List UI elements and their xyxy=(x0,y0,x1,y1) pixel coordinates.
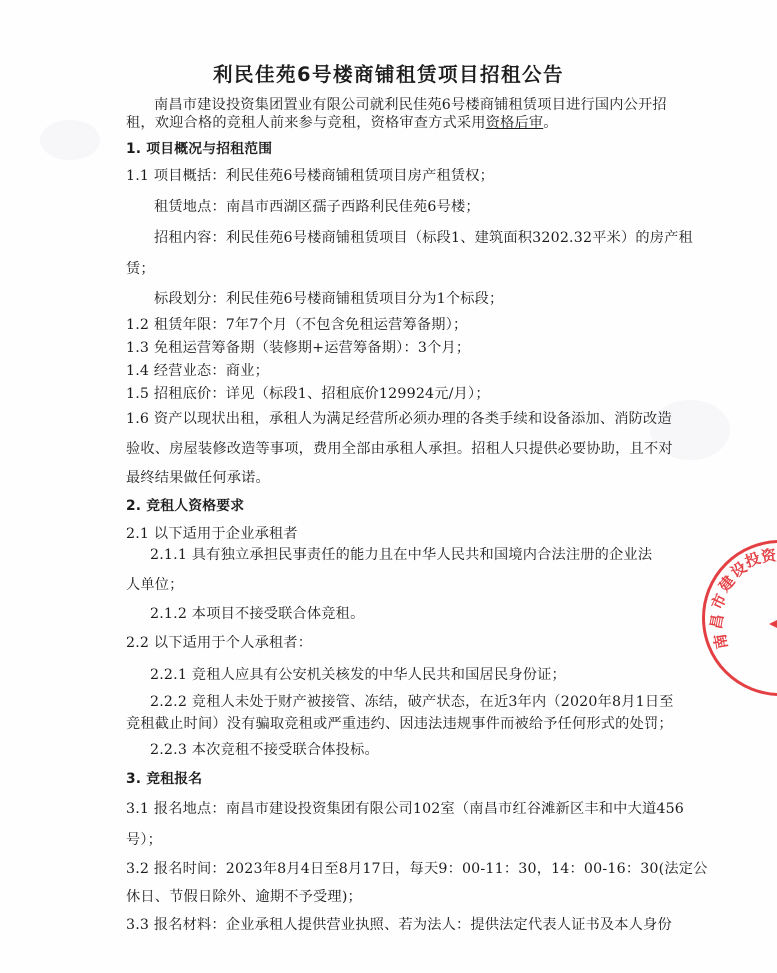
item-3-2-line-1: 3.2 报名时间：2023年8月4日至8月17日，每天9：00-11：30，14… xyxy=(126,860,708,878)
seal-char: 资 xyxy=(760,544,777,567)
item-1-2: 1.2 租赁年限：7年7个月（不包含免租运营筹备期）； xyxy=(126,316,467,334)
intro-line-2: 租，欢迎合格的竞租人前来参与竞租，资格审查方式采用资格后审。 xyxy=(126,114,558,132)
intro-text: 租，欢迎合格的竞租人前来参与竞租，资格审查方式采用 xyxy=(126,115,486,131)
item-2-2-3: 2.2.3 本次竞租不接受联合体投标。 xyxy=(150,741,379,759)
lot-division: 标段划分：利民佳苑6号楼商铺租赁项目分为1个标段； xyxy=(154,290,503,308)
seal-char: 南 xyxy=(709,632,732,650)
underlined-review-method: 资格后审 xyxy=(486,115,544,131)
section-3-heading: 3. 竞租报名 xyxy=(126,770,202,788)
lease-location: 租赁地点：南昌市西湖区孺子西路利民佳苑6号楼； xyxy=(154,198,480,216)
seal-star-icon xyxy=(769,619,777,629)
intro-end: 。 xyxy=(543,115,557,131)
lease-content-line-2: 赁； xyxy=(126,260,155,278)
item-1-6-line-3: 最终结果做任何承诺。 xyxy=(126,469,270,487)
item-2-1-2: 2.1.2 本项目不接受联合体竞租。 xyxy=(150,605,364,623)
seal-inner: 南 昌 市 建 设 投 资 集 xyxy=(715,553,777,677)
section-1-heading: 1. 项目概况与招租范围 xyxy=(126,140,272,158)
item-1-1: 1.1 项目概括：利民佳苑6号楼商铺租赁项目房产租赁权； xyxy=(126,167,494,185)
item-3-3-line-1: 3.3 报名材料：企业承租人提供营业执照、若为法人：提供法定代表人证书及本人身份 xyxy=(126,916,672,934)
lease-content-line-1: 招租内容：利民佳苑6号楼商铺租赁项目（标段1、建筑面积3202.32平米）的房产… xyxy=(154,229,693,247)
item-3-1-line-1: 3.1 报名地点：南昌市建设投资集团有限公司102室（南昌市红谷滩新区丰和中大道… xyxy=(126,800,684,818)
item-1-6-line-1: 1.6 资产以现状出租，承租人为满足经营所必须办理的各类手续和设备添加、消防改造 xyxy=(126,410,672,428)
paper-texture xyxy=(40,120,100,160)
item-1-6-line-2: 验收、房屋装修改造等事项，费用全部由承租人承担。招租人只提供必要协助，且不对 xyxy=(126,440,673,458)
item-3-1-line-2: 号）； xyxy=(126,831,162,849)
item-1-5: 1.5 招租底价：详见（标段1、招租底价129924元/月）； xyxy=(126,385,490,403)
intro-line-1: 南昌市建设投资集团置业有限公司就利民佳苑6号楼商铺租赁项目进行国内公开招 xyxy=(154,96,667,114)
item-3-2-line-2: 休日、节假日除外、逾期不予受理)； xyxy=(126,888,362,906)
item-1-4: 1.4 经营业态：商业； xyxy=(126,362,269,380)
document-title: 利民佳苑6号楼商铺租赁项目招租公告 xyxy=(0,59,777,87)
seal-char: 昌 xyxy=(705,612,728,630)
item-1-3: 1.3 免租运营筹备期（装修期+运营筹备期）：3个月； xyxy=(126,339,470,357)
section-2-heading: 2. 竞租人资格要求 xyxy=(126,497,244,515)
item-2-2-1: 2.2.1 竞租人应具有公安机关核发的中华人民共和国居民身份证； xyxy=(150,666,566,684)
item-2-1: 2.1 以下适用于企业承租者 xyxy=(126,525,298,543)
official-seal: 南 昌 市 建 设 投 资 集 xyxy=(702,540,777,696)
item-2-1-1-line-2: 人单位； xyxy=(126,576,184,594)
document-page: 利民佳苑6号楼商铺租赁项目招租公告 南昌市建设投资集团置业有限公司就利民佳苑6号… xyxy=(0,0,777,973)
item-2-2: 2.2 以下适用于个人承租者： xyxy=(126,634,312,652)
item-2-2-2-line-2: 竞租截止时间）没有骗取竞租或严重违约、因违法违规事件而被给予任何形式的处罚； xyxy=(126,715,673,733)
item-2-2-2-line-1: 2.2.2 竞租人未处于财产被接管、冻结，破产状态，在近3年内（2020年8月1… xyxy=(150,693,674,711)
item-2-1-1-line-1: 2.1.1 具有独立承担民事责任的能力且在中华人民共和国境内合法注册的企业法 xyxy=(150,546,652,564)
